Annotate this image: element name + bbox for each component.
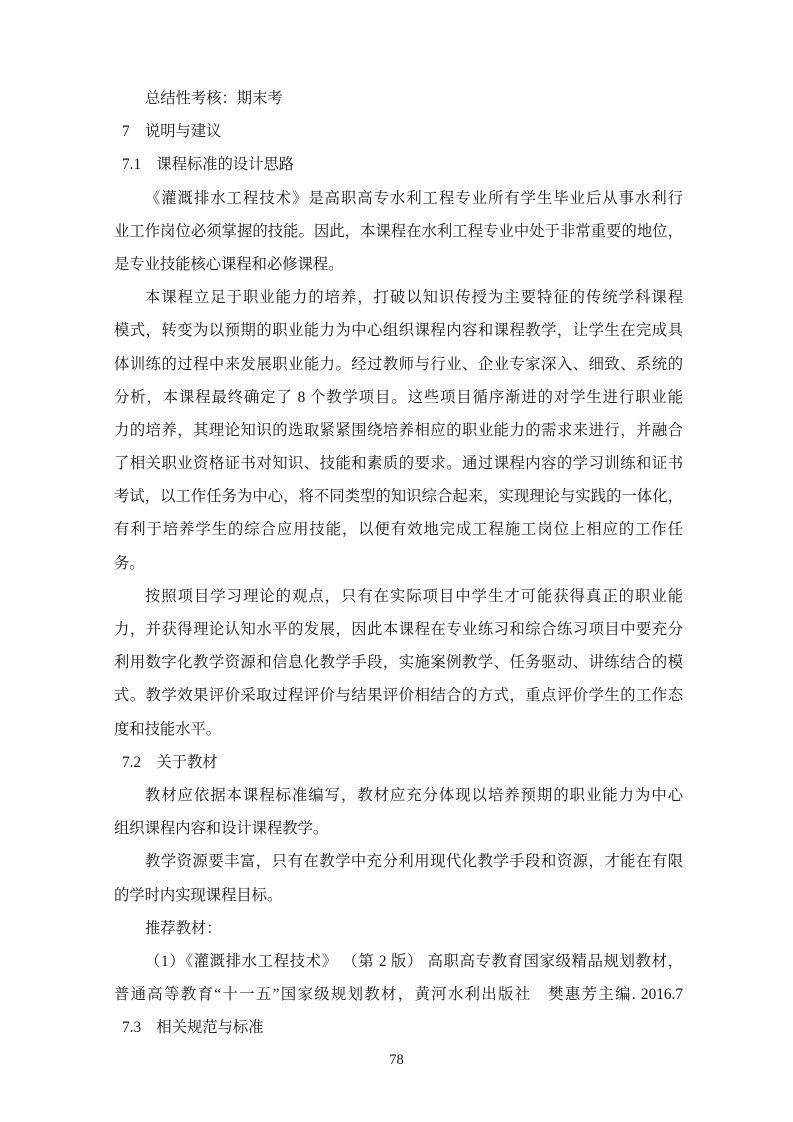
text-line: 了相关职业资格证书对知识、技能和素质的要求。通过课程内容的学习训练和证书 bbox=[114, 447, 683, 480]
text-line: 体训练的过程中来发展职业能力。经过教师与行业、企业专家深入、细致、系统的 bbox=[114, 348, 683, 381]
text-line: 度和技能水平。 bbox=[114, 713, 683, 746]
text-line: 普通高等教育“十一五”国家级规划教材，黄河水利出版社 樊惠芳主编. 2016.7 bbox=[114, 978, 683, 1011]
section-heading: 7.1 课程标准的设计思路 bbox=[114, 148, 683, 181]
text-line: （1）《灌溉排水工程技术》 （第 2 版） 高职高专教育国家级精品规划教材， bbox=[114, 945, 683, 978]
text-line: 本课程立足于职业能力的培养，打破以知识传授为主要特征的传统学科课程 bbox=[114, 281, 683, 314]
text-line: 务。 bbox=[114, 547, 683, 580]
text-line: 总结性考核：期末考 bbox=[114, 82, 683, 115]
text-line: 利用数字化教学资源和信息化教学手段，实施案例教学、任务驱动、讲练结合的模 bbox=[114, 646, 683, 679]
document-page: 总结性考核：期末考7 说明与建议7.1 课程标准的设计思路《灌溉排水工程技术》是… bbox=[0, 0, 793, 1122]
section-heading: 7.3 相关规范与标准 bbox=[114, 1011, 683, 1044]
text-line: 力的培养，其理论知识的选取紧紧围绕培养相应的职业能力的需求来进行，并融合 bbox=[114, 414, 683, 447]
section-heading: 7 说明与建议 bbox=[114, 115, 683, 148]
text-line: 教材应依据本课程标准编写，教材应充分体现以培养预期的职业能力为中心 bbox=[114, 779, 683, 812]
section-heading: 7.2 关于教材 bbox=[114, 746, 683, 779]
text-line: 考试，以工作任务为中心，将不同类型的知识综合起来，实现理论与实践的一体化， bbox=[114, 480, 683, 513]
document-body: 总结性考核：期末考7 说明与建议7.1 课程标准的设计思路《灌溉排水工程技术》是… bbox=[114, 82, 683, 1044]
text-line: 教学资源要丰富，只有在教学中充分利用现代化教学手段和资源，才能在有限 bbox=[114, 845, 683, 878]
text-line: 组织课程内容和设计课程教学。 bbox=[114, 812, 683, 845]
text-line: 是专业技能核心课程和必修课程。 bbox=[114, 248, 683, 281]
text-line: 模式，转变为以预期的职业能力为中心组织课程内容和课程教学，让学生在完成具 bbox=[114, 314, 683, 347]
page-number: 78 bbox=[0, 1050, 793, 1070]
text-line: 有利于培养学生的综合应用技能，以便有效地完成工程施工岗位上相应的工作任 bbox=[114, 513, 683, 546]
text-line: 《灌溉排水工程技术》是高职高专水利工程专业所有学生毕业后从事水利行 bbox=[114, 182, 683, 215]
text-line: 业工作岗位必须掌握的技能。因此，本课程在水利工程专业中处于非常重要的地位， bbox=[114, 215, 683, 248]
text-line: 式。教学效果评价采取过程评价与结果评价相结合的方式，重点评价学生的工作态 bbox=[114, 679, 683, 712]
text-line: 按照项目学习理论的观点，只有在实际项目中学生才可能获得真正的职业能 bbox=[114, 580, 683, 613]
text-line: 分析，本课程最终确定了 8 个教学项目。这些项目循序渐进的对学生进行职业能 bbox=[114, 381, 683, 414]
text-line: 力，并获得理论认知水平的发展，因此本课程在专业练习和综合练习项目中要充分 bbox=[114, 613, 683, 646]
text-line: 推荐教材： bbox=[114, 912, 683, 945]
text-line: 的学时内实现课程目标。 bbox=[114, 879, 683, 912]
